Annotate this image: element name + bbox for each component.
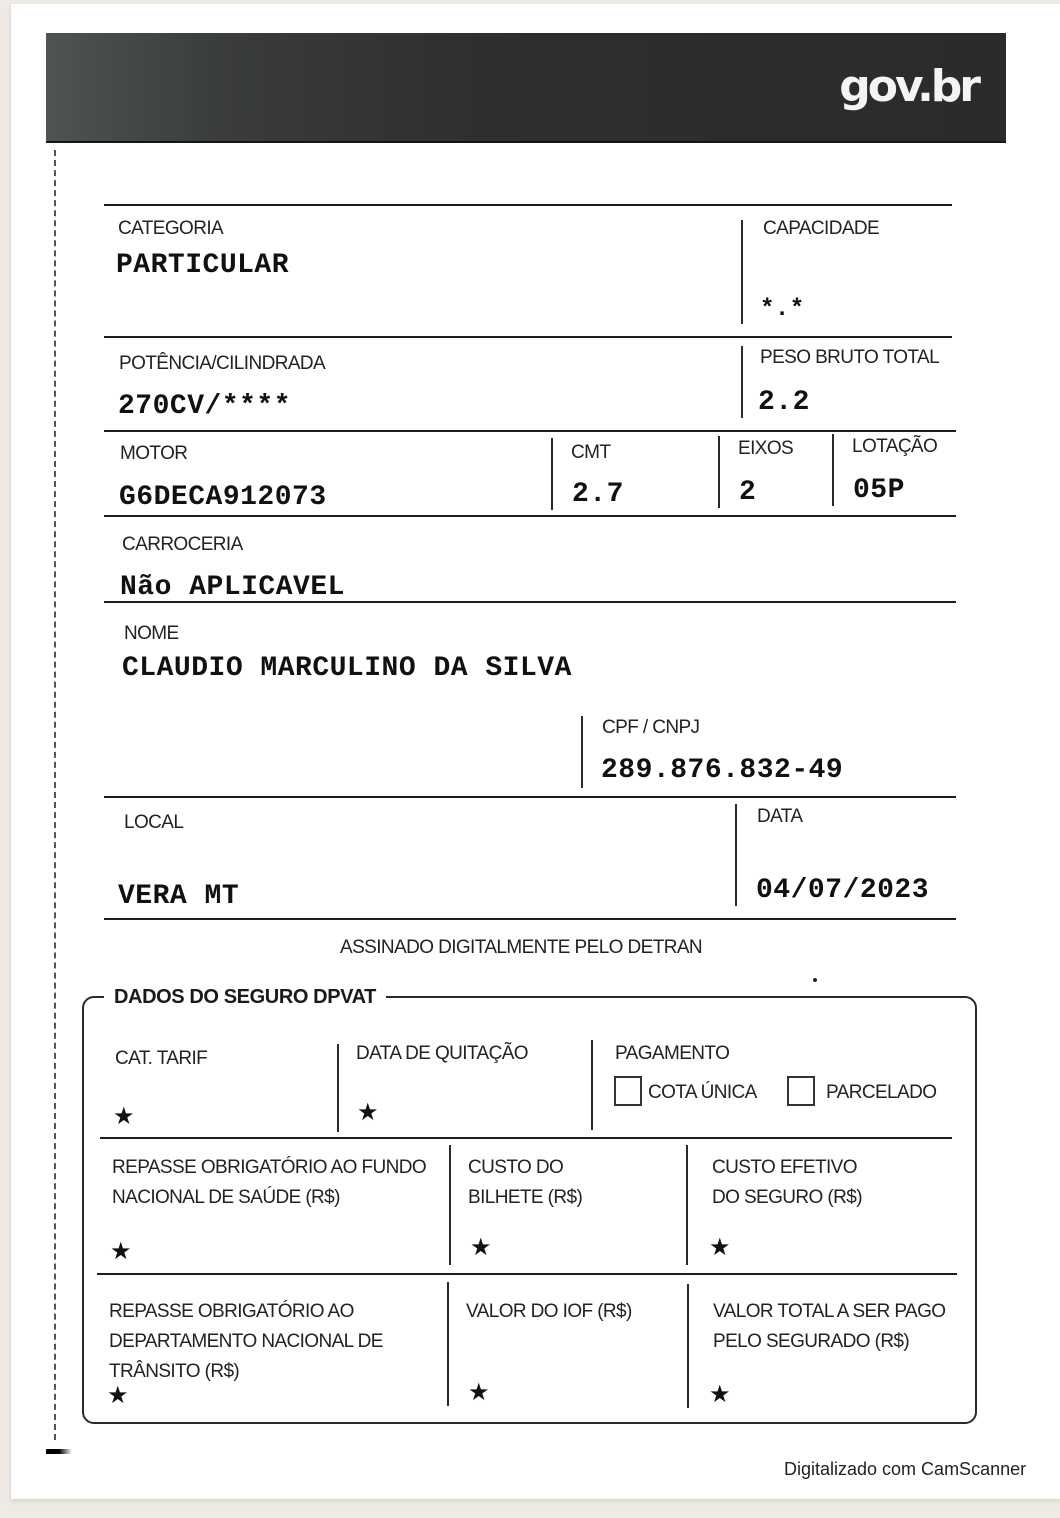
separator [832, 434, 834, 506]
custo-bilhete-label: CUSTO DO BILHETE (R$) [468, 1153, 608, 1213]
custo-bilhete-value: ★ [470, 1233, 492, 1261]
nome-label: NOME [124, 623, 179, 645]
custo-efetivo-label: CUSTO EFETIVO DO SEGURO (R$) [712, 1153, 882, 1213]
categoria-label: CATEGORIA [118, 218, 223, 240]
dpvat-title: DADOS DO SEGURO DPVAT [104, 986, 386, 1009]
cota-unica-checkbox[interactable] [614, 1076, 642, 1106]
divider [104, 918, 956, 920]
data-quitacao-value: ★ [357, 1098, 379, 1126]
motor-label: MOTOR [120, 443, 187, 465]
separator [687, 1284, 689, 1408]
motor-value: G6DECA912073 [119, 482, 327, 513]
header-band: gov.br [46, 33, 1006, 143]
data-label: DATA [757, 806, 802, 828]
cota-unica-label: COTA ÚNICA [648, 1082, 757, 1104]
divider [104, 430, 956, 432]
cpf-value: 289.876.832-49 [601, 755, 843, 786]
repasse-denatran-value: ★ [107, 1381, 129, 1409]
cmt-value: 2.7 [572, 479, 624, 510]
divider [104, 515, 956, 517]
divider [100, 1137, 952, 1139]
cmt-label: CMT [571, 442, 610, 464]
separator [741, 220, 743, 324]
repasse-fns-value: ★ [110, 1237, 132, 1265]
perforation-line [54, 150, 56, 1440]
parcelado-label: PARCELADO [826, 1082, 936, 1104]
data-value: 04/07/2023 [756, 875, 929, 906]
valor-iof-label: VALOR DO IOF (R$) [466, 1297, 666, 1327]
separator [581, 716, 583, 788]
ink-speck [813, 978, 817, 982]
repasse-fns-label: REPASSE OBRIGATÓRIO AO FUNDO NACIONAL DE… [112, 1153, 432, 1213]
divider [104, 336, 952, 338]
nome-value: CLAUDIO MARCULINO DA SILVA [122, 653, 572, 684]
divider [104, 796, 956, 798]
separator [591, 1040, 593, 1130]
carroceria-label: CARROCERIA [122, 534, 243, 556]
parcelado-checkbox[interactable] [787, 1076, 815, 1106]
lotacao-label: LOTAÇÃO [852, 436, 937, 458]
separator [337, 1044, 339, 1132]
carroceria-value: Não APLICAVEL [120, 572, 345, 603]
separator [449, 1145, 451, 1265]
separator [686, 1145, 688, 1265]
divider [97, 1273, 957, 1275]
separator [447, 1282, 449, 1406]
eixos-label: EIXOS [738, 438, 793, 460]
separator [735, 804, 737, 906]
potencia-value: 270CV/**** [118, 391, 291, 422]
repasse-denatran-label: REPASSE OBRIGATÓRIO AO DEPARTAMENTO NACI… [109, 1297, 419, 1387]
separator [551, 438, 553, 510]
eixos-value: 2 [739, 477, 756, 508]
local-value: VERA MT [118, 881, 239, 912]
valor-total-value: ★ [709, 1380, 731, 1408]
cpf-label: CPF / CNPJ [602, 717, 699, 739]
scanner-watermark: Digitalizado com CamScanner [784, 1459, 1026, 1480]
crop-mark [46, 1449, 72, 1454]
divider [104, 204, 952, 206]
valor-total-label: VALOR TOTAL A SER PAGO PELO SEGURADO (R$… [713, 1297, 963, 1357]
cat-tarif-label: CAT. TARIF [115, 1048, 207, 1070]
signature-note: ASSINADO DIGITALMENTE PELO DETRAN [340, 937, 702, 959]
gov-br-logo: gov.br [839, 61, 978, 112]
local-label: LOCAL [124, 812, 183, 834]
potencia-label: POTÊNCIA/CILINDRADA [119, 353, 325, 375]
separator [718, 436, 720, 508]
peso-bruto-label: PESO BRUTO TOTAL [760, 347, 939, 369]
peso-bruto-value: 2.2 [758, 387, 810, 418]
cat-tarif-value: ★ [113, 1102, 135, 1130]
pagamento-label: PAGAMENTO [615, 1043, 729, 1065]
custo-efetivo-value: ★ [709, 1233, 731, 1261]
separator [741, 346, 743, 418]
capacidade-value: *.* [760, 296, 805, 323]
valor-iof-value: ★ [468, 1378, 490, 1406]
data-quitacao-label: DATA DE QUITAÇÃO [356, 1043, 528, 1065]
lotacao-value: 05P [853, 475, 905, 506]
categoria-value: PARTICULAR [116, 250, 289, 281]
capacidade-label: CAPACIDADE [763, 218, 879, 240]
